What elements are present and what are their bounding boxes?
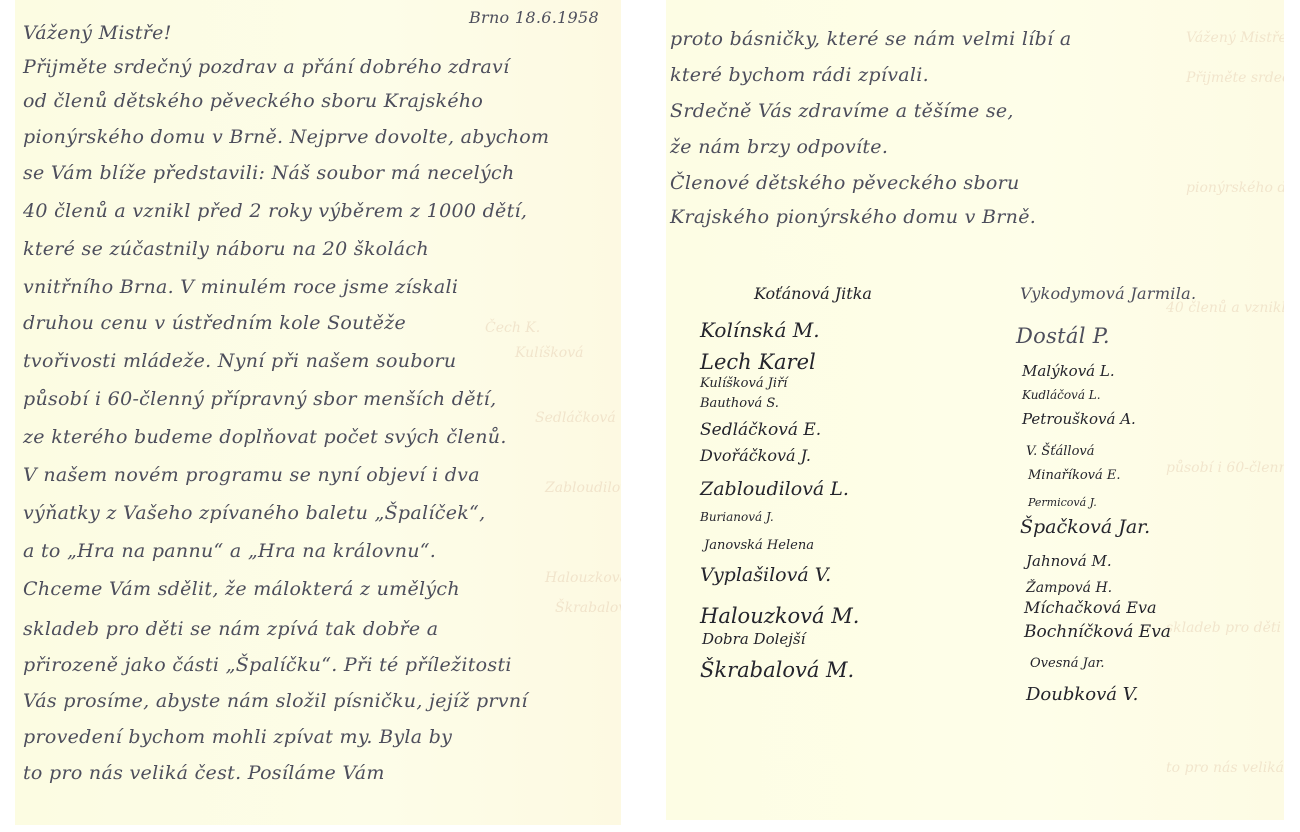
bleed-through-text: Sedláčková bbox=[535, 410, 616, 426]
signature: Ovesná Jar. bbox=[1030, 656, 1105, 671]
signature: Škrabalová M. bbox=[700, 658, 854, 682]
letter-line: 40 členů a vznikl před 2 roky výběrem z … bbox=[23, 200, 527, 222]
signature: Bochníčková Eva bbox=[1024, 622, 1171, 642]
letter-line: přirozeně jako části „Špalíčku“. Při té … bbox=[23, 654, 512, 676]
signature: Jahnová M. bbox=[1026, 552, 1112, 570]
signature: Dostál P. bbox=[1016, 324, 1110, 348]
signature: Kolínská M. bbox=[700, 318, 820, 342]
letter-line: Přijměte srdečný pozdrav a přání dobrého… bbox=[23, 56, 509, 78]
letter-line: že nám brzy odpovíte. bbox=[670, 136, 888, 158]
letter-line: od členů dětského pěveckého sboru Krajsk… bbox=[23, 90, 483, 112]
signature: Dobra Dolejší bbox=[702, 630, 805, 648]
bleed-through-text: Čech K. bbox=[485, 320, 540, 336]
signature: Špačková Jar. bbox=[1020, 516, 1150, 538]
signature: Permicová J. bbox=[1028, 496, 1097, 509]
letter-line: to pro nás veliká čest. Posíláme Vám bbox=[23, 762, 385, 784]
bleed-through-text: Zabloudilová bbox=[545, 480, 621, 496]
letter-line: které bychom rádi zpívali. bbox=[670, 64, 929, 86]
signature: Kulíšková Jiří bbox=[700, 376, 787, 391]
letter-line: proto básničky, které se nám velmi líbí … bbox=[670, 28, 1071, 50]
bleed-through-text: Vážený Mistře bbox=[1186, 30, 1284, 46]
bleed-through-text: Přijměte srdečný bbox=[1186, 70, 1284, 86]
bleed-through-text: to pro nás veliká bbox=[1166, 760, 1284, 776]
signature: Míchačková Eva bbox=[1024, 598, 1157, 617]
signature: Sedláčková E. bbox=[700, 420, 821, 440]
letter-closing: Členové dětského pěveckého sboru bbox=[670, 172, 1020, 194]
letter-line: se Vám blíže představili: Náš soubor má … bbox=[23, 162, 515, 184]
letter-line: druhou cenu v ústředním kole Soutěže bbox=[23, 312, 406, 334]
letter-line: tvořivosti mládeže. Nyní při našem soubo… bbox=[23, 350, 456, 372]
signature: Bauthová S. bbox=[700, 396, 779, 411]
letter-page-right: Vážený Mistře Přijměte srdečný pionýrské… bbox=[666, 0, 1284, 820]
letter-line: skladeb pro děti se nám zpívá tak dobře … bbox=[23, 618, 438, 640]
letter-line: provedení bychom mohli zpívat my. Byla b… bbox=[23, 726, 452, 748]
signature-column-header-right: Vykodymová Jarmila. bbox=[1020, 284, 1196, 303]
signature: Žampová H. bbox=[1026, 580, 1112, 596]
bleed-through-text: Škrabalová bbox=[555, 600, 621, 616]
signature: Minaříková E. bbox=[1028, 468, 1121, 483]
signature: Zabloudilová L. bbox=[700, 478, 849, 500]
letter-page-left: Čech K. Kulíšková Sedláčková Zabloudilov… bbox=[15, 0, 621, 825]
bleed-through-text: skladeb pro děti bbox=[1166, 620, 1281, 636]
bleed-through-text: Kulíšková bbox=[515, 345, 583, 361]
letter-line: Chceme Vám sdělit, že málokterá z umělýc… bbox=[23, 578, 460, 600]
letter-line: pionýrského domu v Brně. Nejprve dovolte… bbox=[23, 126, 549, 148]
signature: Vyplašilová V. bbox=[700, 564, 831, 586]
signature: Burianová J. bbox=[700, 510, 774, 524]
signature-column-header-left: Koťánová Jitka bbox=[754, 284, 872, 303]
letter-line: a to „Hra na pannu“ a „Hra na královnu“. bbox=[23, 540, 436, 562]
letter-line: výňatky z Vašeho zpívaného baletu „Špalí… bbox=[23, 502, 485, 524]
signature: Dvořáčková J. bbox=[700, 446, 811, 465]
letter-line: působí i 60-členný přípravný sbor menšíc… bbox=[23, 388, 496, 410]
signature: Kudláčová L. bbox=[1022, 388, 1101, 402]
signature: Doubková V. bbox=[1026, 684, 1138, 705]
bleed-through-text: pionýrského domu bbox=[1186, 180, 1284, 196]
letter-line: V našem novém programu se nyní objeví i … bbox=[23, 464, 480, 486]
letter-line: Vás prosíme, abyste nám složil písničku,… bbox=[23, 690, 528, 712]
letter-greeting: Vážený Mistře! bbox=[23, 22, 172, 44]
signature: Janovská Helena bbox=[704, 538, 814, 553]
signature: Halouzková M. bbox=[700, 604, 859, 628]
letter-line: ze kterého budeme doplňovat počet svých … bbox=[23, 426, 507, 448]
letter-date: Brno 18.6.1958 bbox=[469, 8, 599, 27]
letter-closing: Krajského pionýrského domu v Brně. bbox=[670, 206, 1036, 228]
signature: Lech Karel bbox=[700, 350, 816, 374]
letter-line: vnitřního Brna. V minulém roce jsme získ… bbox=[23, 276, 458, 298]
signature: Malýková L. bbox=[1022, 362, 1115, 380]
signature: Petroušková A. bbox=[1022, 410, 1136, 428]
signature: V. Šťállová bbox=[1026, 444, 1095, 459]
bleed-through-text: Halouzková bbox=[545, 570, 621, 586]
letter-line: Srdečně Vás zdravíme a těšíme se, bbox=[670, 100, 1014, 122]
letter-line: které se zúčastnily náboru na 20 školách bbox=[23, 238, 429, 260]
bleed-through-text: působí i 60-členný bbox=[1166, 460, 1284, 476]
